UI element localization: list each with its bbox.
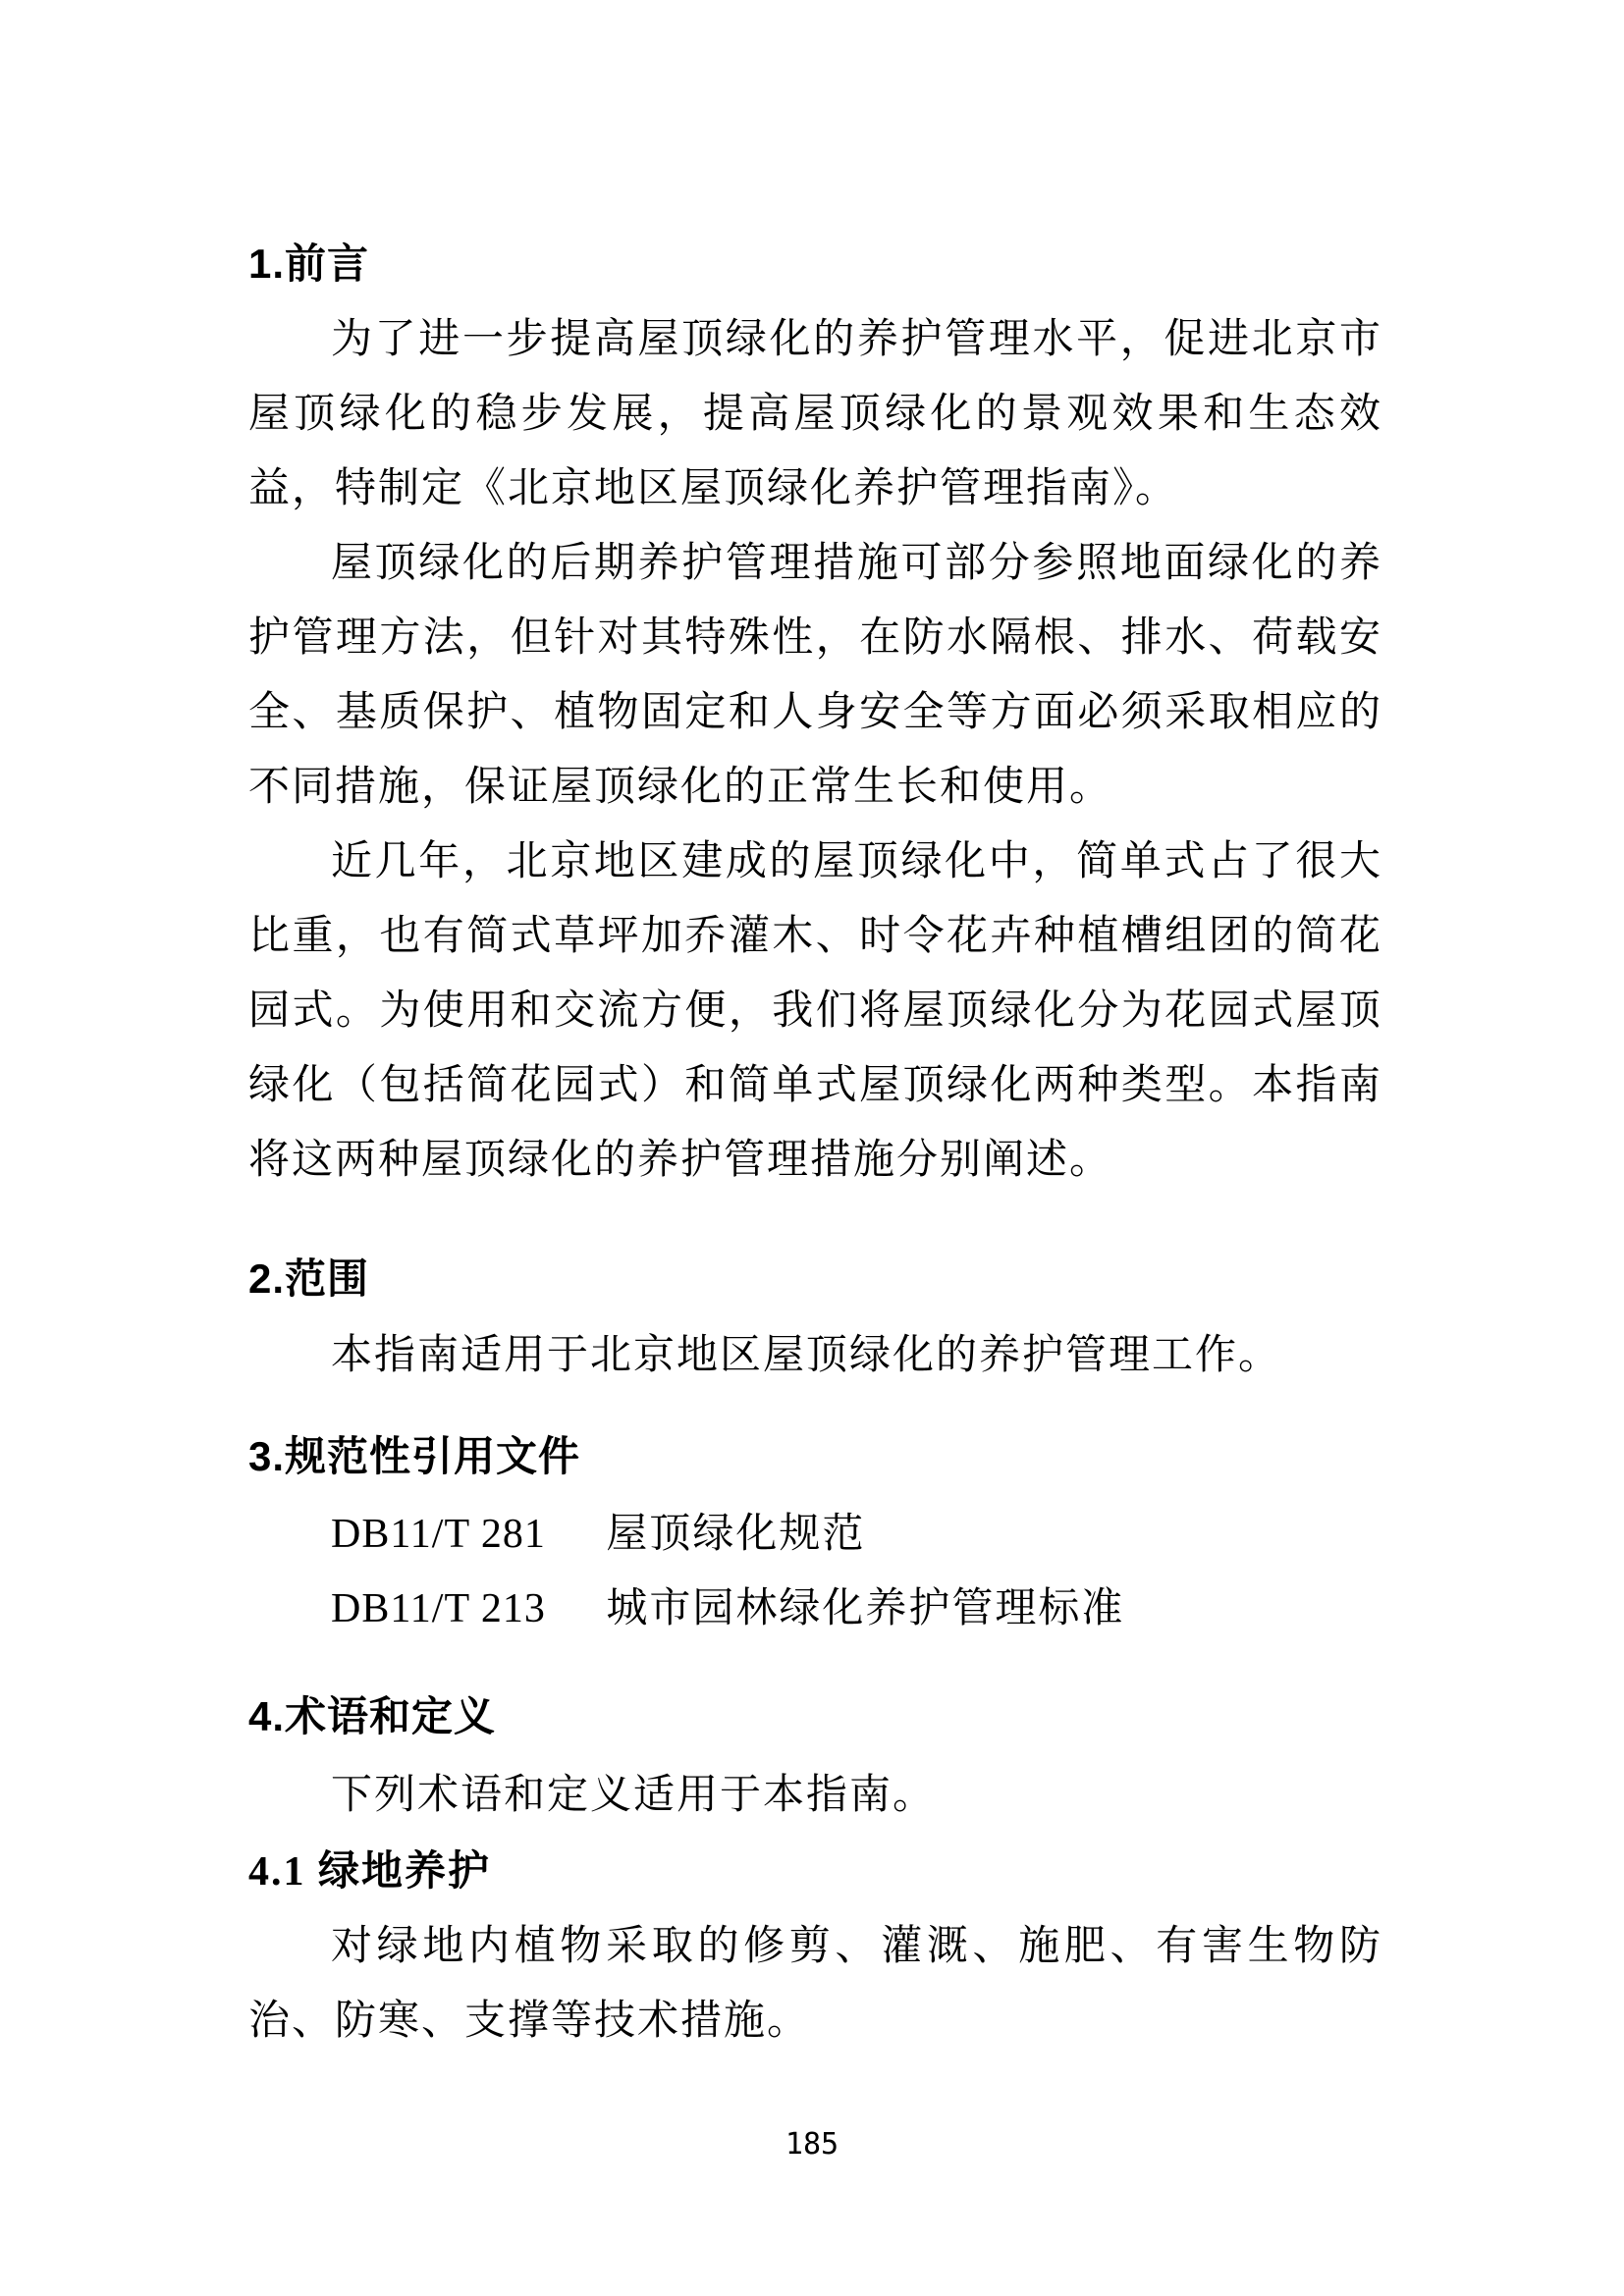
paragraph: 本指南适用于北京地区屋顶绿化的养护管理工作。 <box>248 1318 1382 1393</box>
reference-line: DB11/T 213 城市园林绿化养护管理标准 <box>248 1572 1382 1646</box>
paragraph: 屋顶绿化的后期养护管理措施可部分参照地面绿化的养护管理方法，但针对其特殊性，在防… <box>248 526 1382 825</box>
reference-title: 屋顶绿化规范 <box>606 1512 865 1557</box>
text-content: 1.前言 为了进一步提高屋顶绿化的养护管理水平，促进北京市屋顶绿化的稳步发展，提… <box>248 0 1382 2058</box>
reference-code: DB11/T 281 <box>331 1512 546 1557</box>
subsection-heading-green-space-maintenance: 4.1 绿地养护 <box>248 1835 1382 1909</box>
section-heading-terms-definitions: 4.术语和定义 <box>248 1694 1382 1739</box>
paragraph: 下列术语和定义适用于本指南。 <box>248 1758 1382 1833</box>
reference-list: DB11/T 281 屋顶绿化规范 DB11/T 213 城市园林绿化养护管理标… <box>248 1497 1382 1646</box>
section-heading-scope: 2.范围 <box>248 1256 1382 1302</box>
paragraph: 对绿地内植物采取的修剪、灌溉、施肥、有害生物防治、防寒、支撑等技术措施。 <box>248 1909 1382 2058</box>
section-heading-preface: 1.前言 <box>248 241 1382 287</box>
document-page: 1.前言 为了进一步提高屋顶绿化的养护管理水平，促进北京市屋顶绿化的稳步发展，提… <box>0 0 1624 2296</box>
paragraph: 近几年，北京地区建成的屋顶绿化中，简单式占了很大比重，也有简式草坪加乔灌木、时令… <box>248 825 1382 1198</box>
page-number: 185 <box>0 2128 1624 2162</box>
paragraph: 为了进一步提高屋顶绿化的养护管理水平，促进北京市屋顶绿化的稳步发展，提高屋顶绿化… <box>248 302 1382 526</box>
reference-title: 城市园林绿化养护管理标准 <box>606 1586 1124 1631</box>
reference-line: DB11/T 281 屋顶绿化规范 <box>248 1497 1382 1572</box>
section-heading-normative-references: 3.规范性引用文件 <box>248 1434 1382 1479</box>
reference-code: DB11/T 213 <box>331 1586 546 1631</box>
